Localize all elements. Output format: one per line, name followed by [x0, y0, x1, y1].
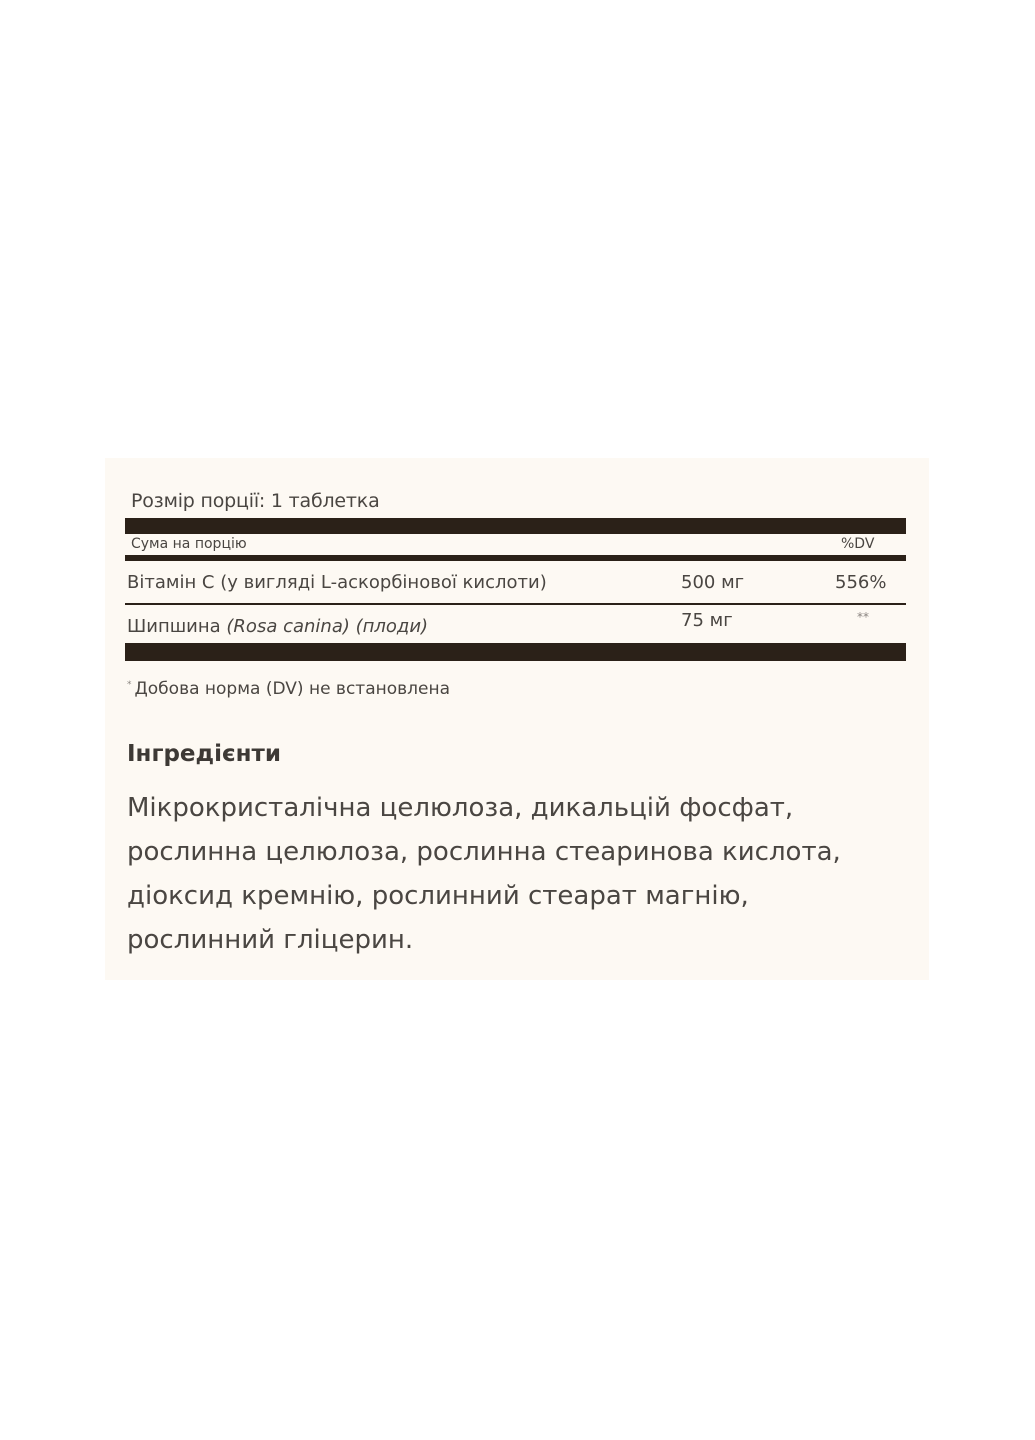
footnote-marker: * [127, 680, 132, 690]
nutrient-amount-rosehip: 75 мг [681, 610, 733, 631]
nutrient-dv-rosehip: ** [857, 610, 869, 624]
supplement-facts-panel: Розмір порції: 1 таблетка Сума на порцію… [105, 458, 929, 980]
nutrient-dv-vitamin-c: 556% [835, 572, 886, 593]
rosehip-name: Шипшина [127, 616, 226, 637]
serving-size: Розмір порції: 1 таблетка [131, 490, 380, 512]
divider-bar-mid [125, 555, 906, 561]
ingredients-line: Мікрокристалічна целюлоза, дикальцій фос… [127, 786, 917, 830]
daily-value-header: %DV [841, 536, 874, 552]
footnote: *Добова норма (DV) не встановлена [127, 679, 450, 699]
row-divider [125, 603, 906, 605]
amount-per-serving-header: Сума на порцію [131, 536, 247, 552]
divider-bar-top [125, 518, 906, 534]
divider-bar-bottom [125, 643, 906, 661]
ingredients-line: діоксид кремнію, рослинний стеарат магні… [127, 874, 917, 918]
nutrient-name-rosehip: Шипшина (Rosa canina) (плоди) [127, 616, 428, 637]
rosehip-latin-name: (Rosa canina) (плоди) [226, 616, 428, 637]
ingredients-line: рослинний гліцерин. [127, 918, 917, 962]
nutrient-amount-vitamin-c: 500 мг [681, 572, 744, 593]
ingredients-line: рослинна целюлоза, рослинна стеаринова к… [127, 830, 917, 874]
footnote-text: Добова норма (DV) не встановлена [135, 679, 451, 699]
nutrient-name-vitamin-c: Вітамін С (у вигляді L-аскорбінової кисл… [127, 572, 547, 593]
ingredients-title: Інгредієнти [127, 741, 281, 767]
ingredients-list: Мікрокристалічна целюлоза, дикальцій фос… [127, 786, 917, 962]
